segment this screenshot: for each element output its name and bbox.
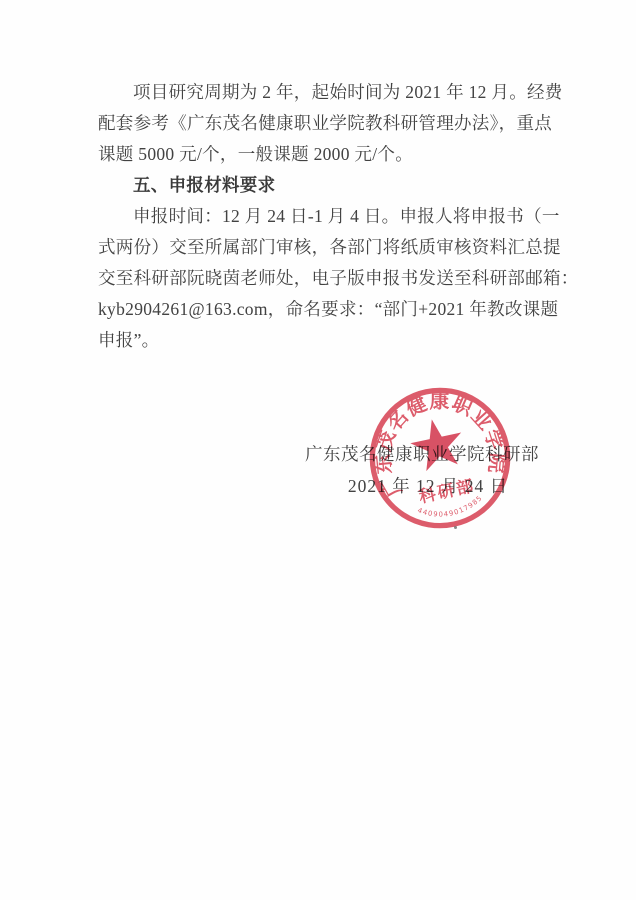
section-heading: 五、申报材料要求	[98, 170, 544, 201]
document-page: 项目研究周期为 2 年，起始时间为 2021 年 12 月。经费 配套参考《广东…	[0, 0, 636, 900]
body-text: 项目研究周期为 2 年，起始时间为 2021 年 12 月。经费 配套参考《广东…	[98, 77, 544, 356]
seal-center-label: 科研部	[417, 475, 477, 506]
seal-star-icon	[406, 414, 467, 473]
paragraph-line: kyb2904261@163.com，命名要求：“部门+2021 年教改课题	[98, 294, 544, 325]
seal-graphic: 广东茂名健康职业学院 科研部 4409049017985	[350, 368, 530, 548]
paragraph-line: 申报时间：12 月 24 日-1 月 4 日。申报人将申报书（一	[98, 201, 544, 232]
ink-speck	[454, 526, 457, 529]
paragraph-line: 配套参考《广东茂名健康职业学院教科研管理办法》，重点	[98, 108, 544, 139]
paragraph-line: 式两份）交至所属部门审核，各部门将纸质审核资料汇总提	[98, 232, 544, 263]
paragraph-line: 申报”。	[98, 325, 544, 356]
paragraph-line: 交至科研部阮晓茵老师处，电子版申报书发送至科研部邮箱：	[98, 263, 544, 294]
paragraph-line: 课题 5000 元/个，一般课题 2000 元/个。	[98, 139, 544, 170]
official-seal-stamp: 广东茂名健康职业学院 科研部 4409049017985	[350, 368, 530, 548]
paragraph-line: 项目研究周期为 2 年，起始时间为 2021 年 12 月。经费	[98, 77, 544, 108]
